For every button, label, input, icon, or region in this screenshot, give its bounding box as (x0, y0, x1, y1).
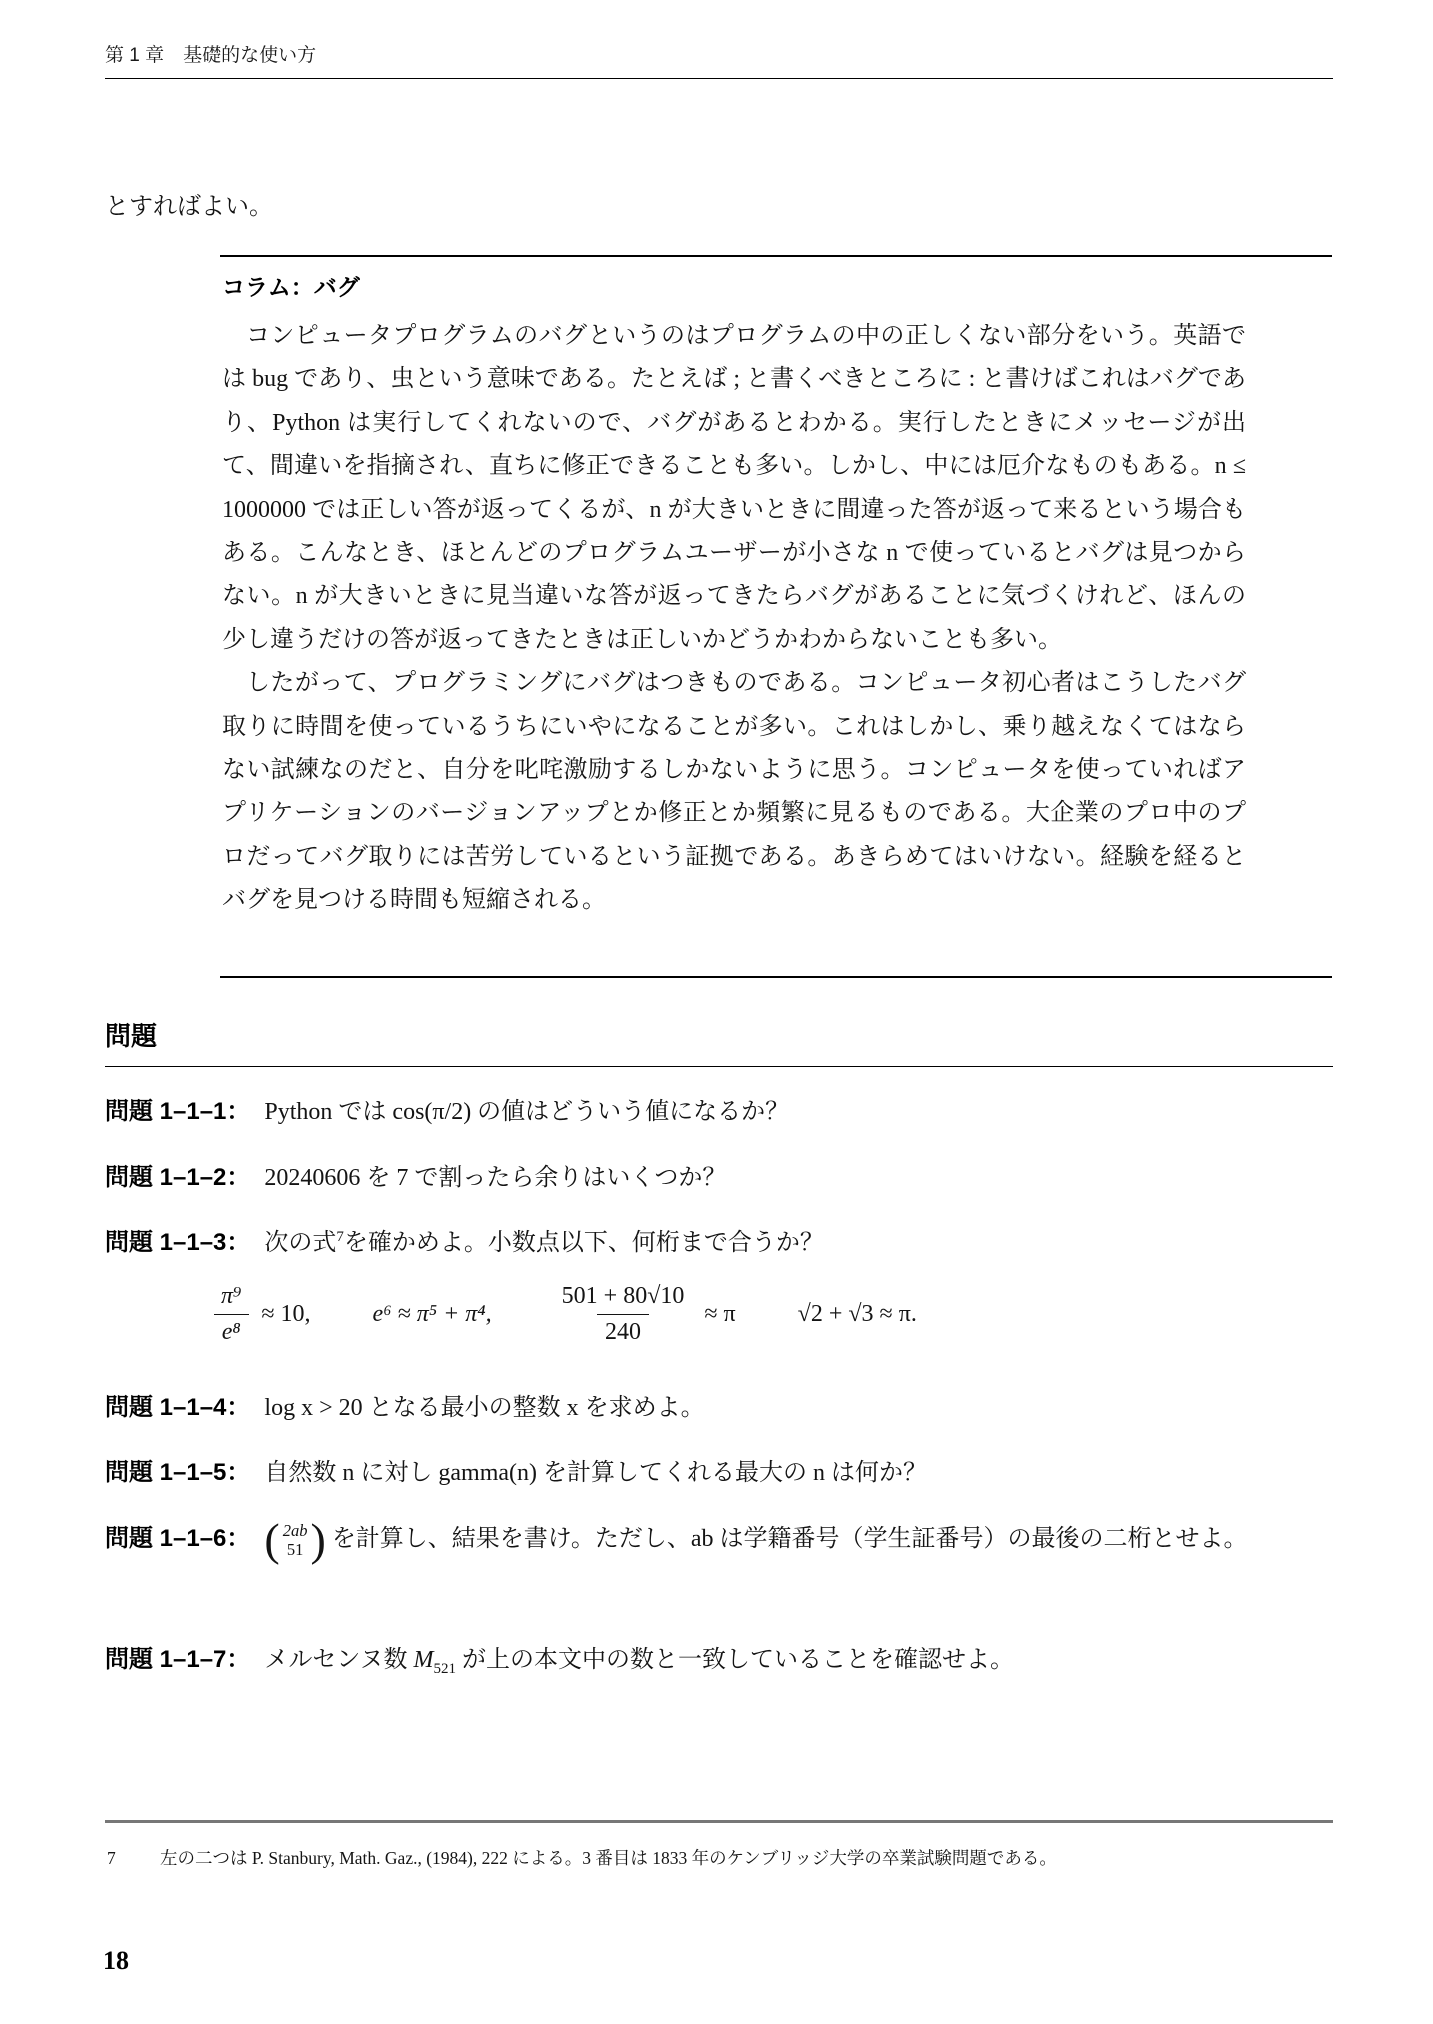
problems-heading-text: 問題 (105, 1021, 157, 1051)
problem-1-1-1: 問題 1–1–1：Python では cos(π/2) の値はどういう値になるか… (105, 1090, 1333, 1134)
fraction: π⁹ e⁸ (213, 1283, 249, 1346)
problem-1-1-4: 問題 1–1–4：log x > 20 となる最小の整数 x を求めよ。 (105, 1386, 1333, 1430)
problem-label: 問題 1–1–6： (105, 1525, 250, 1552)
column-paragraph-2: したがって、プログラミングにバグはつきものである。コンピュータ初心者はこうしたバ… (222, 662, 1246, 922)
problem-text: が上の本文中の数と一致していることを確認せよ。 (456, 1647, 1014, 1673)
fraction-denominator: e⁸ (214, 1314, 249, 1346)
problem-label: 問題 1–1–2： (105, 1164, 250, 1191)
chapter-title: 第 1 章 基礎的な使い方 (105, 45, 316, 66)
problem-label: 問題 1–1–1： (105, 1098, 250, 1125)
formula-sqrt2-sqrt3: √2 + √3 ≈ π. (798, 1301, 917, 1328)
problem-text: log x > 20 となる最小の整数 x を求めよ。 (264, 1395, 704, 1421)
display-math-row: π⁹ e⁸ ≈ 10, e⁶ ≈ π⁵ + π⁴, 501 + 80√10 24… (105, 1262, 1333, 1366)
problem-text: を確かめよ。小数点以下、何桁まで合うか？ (344, 1230, 824, 1256)
formula-rhs: ≈ π (704, 1301, 735, 1328)
problem-1-1-5: 問題 1–1–5：自然数 n に対し gamma(n) を計算してくれる最大の … (105, 1451, 1333, 1495)
fraction-numerator: π⁹ (213, 1283, 249, 1314)
right-paren: ) (310, 1520, 325, 1560)
fraction: 501 + 80√10 240 (554, 1283, 693, 1346)
formula-501-80sqrt10: 501 + 80√10 240 ≈ π (554, 1283, 736, 1346)
footnote: 7 左の二つは P. Stanbury, Math. Gaz., (1984),… (105, 1843, 1333, 1874)
column-paragraph-1: コンピュータプログラムのバグというのはプログラムの中の正しくない部分をいう。英語… (222, 315, 1246, 662)
problems-section-heading: 問題 (105, 1018, 1333, 1067)
book-page: 第 1 章 基礎的な使い方 とすればよい。 コラム：バグ コンピュータプログラム… (0, 0, 1433, 2024)
problem-1-1-6: 問題 1–1–6：(2ab51) を計算し、結果を書け。ただし、ab は学籍番号… (105, 1517, 1333, 1561)
binom-bottom: 51 (287, 1540, 304, 1559)
problem-label: 問題 1–1–4： (105, 1394, 250, 1421)
fraction-denominator: 240 (597, 1314, 649, 1346)
problem-text: Python では cos(π/2) の値はどういう値になるか？ (264, 1099, 789, 1125)
problem-1-1-3: 問題 1–1–3：次の式7を確かめよ。小数点以下、何桁まで合うか？ (105, 1221, 1333, 1265)
problem-text: を計算し、結果を書け。ただし、ab は学籍番号（学生証番号）の最後の二桁とせよ。 (332, 1526, 1248, 1552)
intro-text: とすればよい。 (105, 194, 273, 220)
problem-1-1-2: 問題 1–1–2：20240606 を 7 で割ったら余りはいくつか？ (105, 1156, 1333, 1200)
problem-label: 問題 1–1–3： (105, 1229, 250, 1256)
problem-text: 20240606 を 7 で割ったら余りはいくつか？ (264, 1165, 726, 1191)
binom-top: 2ab (283, 1521, 308, 1540)
footnote-rule (105, 1820, 1333, 1823)
column-box: コラム：バグ コンピュータプログラムのバグというのはプログラムの中の正しくない部… (220, 255, 1332, 978)
column-title: コラム：バグ (222, 271, 1246, 303)
mersenne-var: M (413, 1647, 433, 1673)
problem-text: メルセンヌ数 (264, 1647, 413, 1673)
footnote-ref: 7 (336, 1229, 344, 1245)
problem-text: 次の式 (264, 1230, 336, 1256)
page-number: 18 (103, 1946, 129, 1976)
fraction-numerator: 501 + 80√10 (554, 1283, 693, 1314)
problem-label: 問題 1–1–7： (105, 1646, 250, 1673)
formula-e6: e⁶ ≈ π⁵ + π⁴, (373, 1301, 492, 1328)
intro-paragraph: とすればよい。 (105, 186, 1333, 229)
footnote-marker: 7 (107, 1843, 116, 1874)
problem-label: 問題 1–1–5： (105, 1459, 250, 1486)
running-header: 第 1 章 基礎的な使い方 (105, 40, 1333, 79)
footnote-text: 左の二つは P. Stanbury, Math. Gaz., (1984), 2… (160, 1848, 1057, 1868)
problem-1-1-7: 問題 1–1–7：メルセンヌ数 M521 が上の本文中の数と一致していることを確… (105, 1638, 1333, 1682)
formula-pi9-over-e8: π⁹ e⁸ ≈ 10, (213, 1283, 311, 1346)
binomial-coefficient: (2ab51) (264, 1520, 325, 1560)
left-paren: ( (264, 1520, 279, 1560)
mersenne-subscript: 521 (433, 1661, 456, 1677)
formula-rhs: ≈ 10, (261, 1301, 310, 1328)
problem-text: 自然数 n に対し gamma(n) を計算してくれる最大の n は何か？ (264, 1460, 927, 1486)
